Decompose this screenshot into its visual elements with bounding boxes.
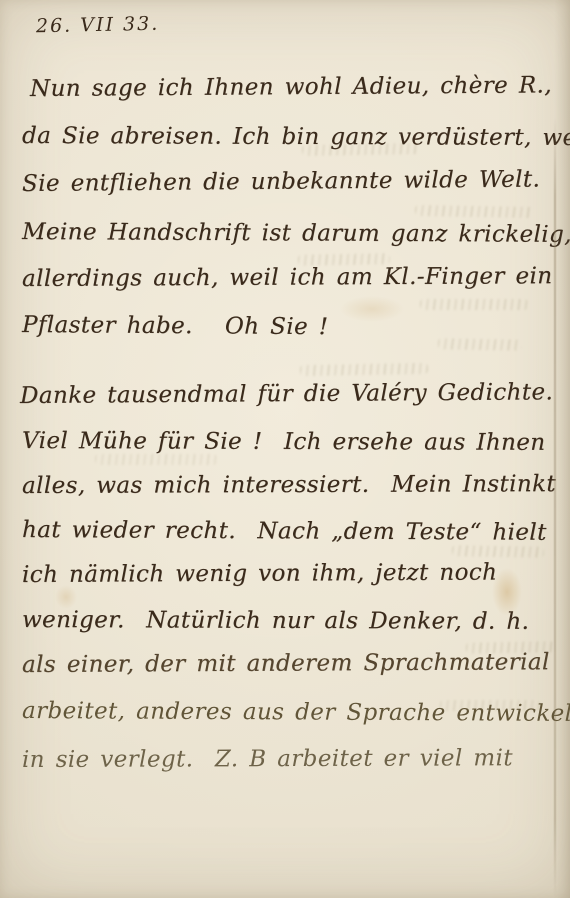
letter-line: weniger. Natürlich nur als Denker, d. h. <box>22 607 562 635</box>
letter-date: 26. VII 33. <box>36 13 160 38</box>
letter-line: Danke tausendmal für die Valéry Gedichte… <box>20 379 560 409</box>
bleedthrough-mark <box>95 454 217 465</box>
letter-line: Sie entfliehen die unbekannte wilde Welt… <box>22 166 562 197</box>
bleedthrough-mark <box>415 205 533 218</box>
letter-line: Nun sage ich Ihnen wohl Adieu, chère R., <box>30 72 570 102</box>
letter-line: ich nämlich wenig von ihm, jetzt noch <box>22 559 562 588</box>
bleedthrough-mark <box>302 143 420 156</box>
bleedthrough-mark <box>420 299 528 310</box>
paper-stain <box>55 585 77 609</box>
letter-line: Pflaster habe. Oh Sie ! <box>22 312 562 342</box>
bleedthrough-mark <box>300 363 428 376</box>
bleedthrough-mark <box>440 700 540 711</box>
letter-line: da Sie abreisen. Ich bin ganz verdüstert… <box>22 123 562 151</box>
letter-line: Viel Mühe für Sie ! Ich ersehe aus Ihnen <box>22 428 562 456</box>
letter-line: hat wieder recht. Nach „dem Teste“ hielt <box>22 517 562 546</box>
paper-stain <box>340 296 404 322</box>
bleedthrough-mark <box>466 641 554 654</box>
bleedthrough-mark <box>298 253 390 266</box>
letter-line: in sie verlegt. Z. B arbeitet er viel mi… <box>22 745 562 773</box>
letter-line: alles, was mich interessiert. Mein Insti… <box>22 471 562 499</box>
right-edge-shadow <box>554 0 570 898</box>
bleedthrough-mark <box>438 338 522 350</box>
bleedthrough-mark <box>452 545 544 558</box>
letter-line: allerdings auch, weil ich am Kl.-Finger … <box>22 263 562 292</box>
letter-page: 26. VII 33. Nun sage ich Ihnen wohl Adie… <box>0 0 570 898</box>
paper-stain <box>492 568 522 616</box>
letter-line: Meine Handschrift ist darum ganz krickel… <box>22 219 562 248</box>
